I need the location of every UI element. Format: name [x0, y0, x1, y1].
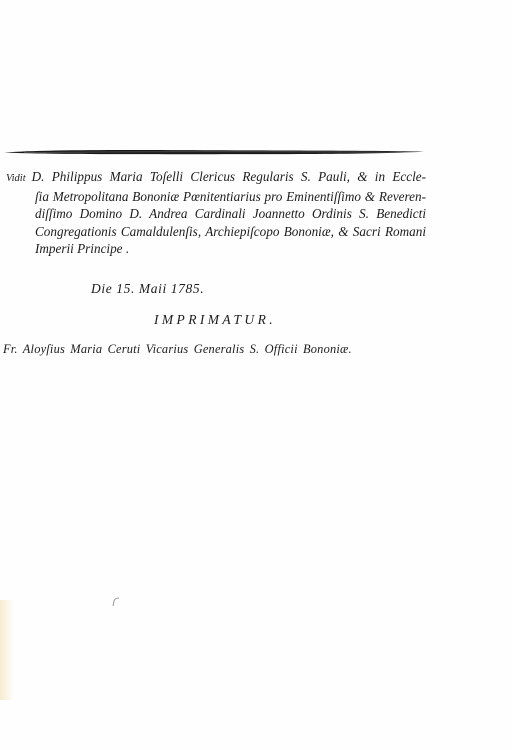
decorative-rule — [4, 149, 424, 155]
imprimatur-heading: IMPRIMATUR. — [154, 312, 276, 328]
date-line: Die 15. Maii 1785. — [91, 281, 204, 297]
approval-line-5: Imperii Principe . — [6, 240, 426, 258]
approval-line-3: diſſimo Domino D. Andrea Cardinali Joann… — [6, 205, 426, 223]
approval-line-2: ſia Metropolitana Bononiæ Pœnitentiarius… — [6, 188, 426, 206]
ink-mark-icon — [112, 592, 120, 602]
signature-line: Fr. Aloyſius Maria Ceruti Vicarius Gener… — [3, 342, 352, 357]
approval-paragraph: ViditD. Philippus Maria Toſelli Clericus… — [6, 168, 426, 258]
approval-line-4: Congregationis Camaldulenſis, Archiepiſc… — [6, 223, 426, 241]
lead-word: Vidit — [6, 173, 26, 184]
swelled-rule-icon — [4, 149, 424, 156]
document-page: ViditD. Philippus Maria Toſelli Clericus… — [0, 0, 512, 750]
approval-line-1: ViditD. Philippus Maria Toſelli Clericus… — [6, 168, 426, 188]
